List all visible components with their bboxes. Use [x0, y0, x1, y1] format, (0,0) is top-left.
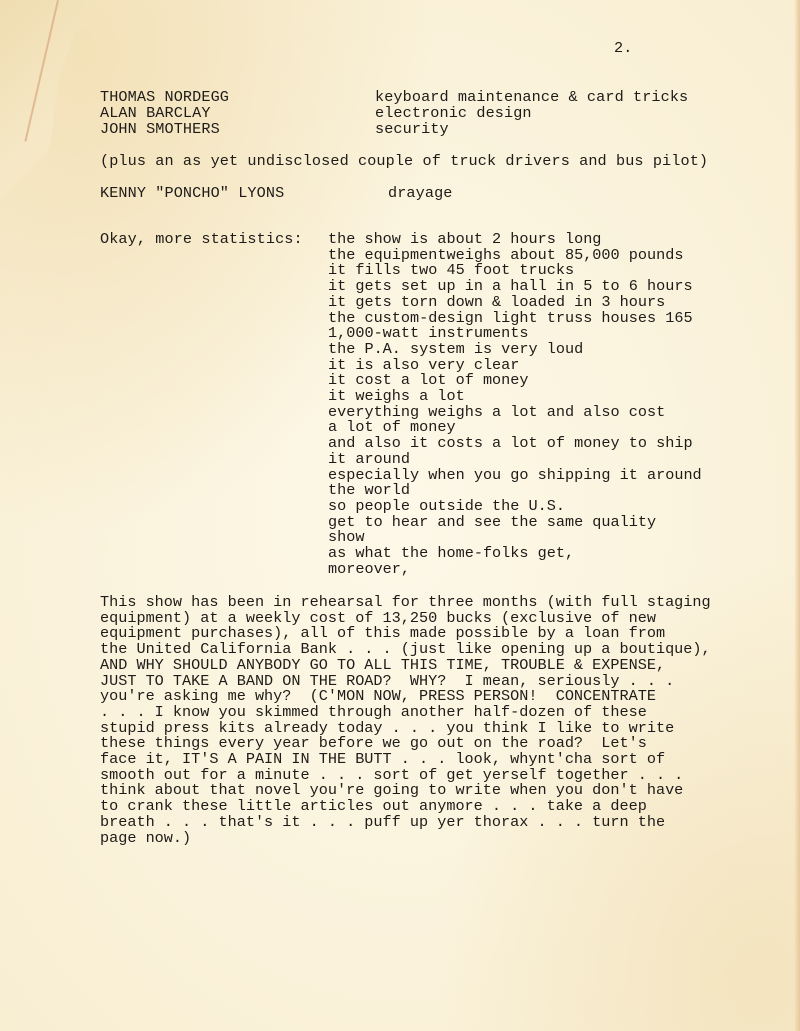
page-number: 2. [614, 41, 632, 57]
body-paragraph: This show has been in rehearsal for thre… [100, 595, 711, 846]
paper-edge-shadow [794, 0, 800, 1031]
statistics-label: Okay, more statistics: [100, 232, 303, 248]
statistics-line: moreover, [328, 562, 702, 578]
crew-name: JOHN SMOTHERS [100, 122, 220, 138]
paragraph-line: page now.) [100, 831, 711, 847]
statistics-line: get to hear and see the same quality [328, 515, 702, 531]
crew-note: (plus an as yet undisclosed couple of tr… [100, 154, 708, 170]
crew-role: security [375, 122, 449, 138]
drayage-role: drayage [388, 186, 453, 202]
folded-corner [0, 0, 90, 200]
drayage-name: KENNY "PONCHO" LYONS [100, 186, 284, 202]
paragraph-line: breath . . . that's it . . . puff up yer… [100, 815, 711, 831]
statistics-list: the show is about 2 hours longthe equipm… [328, 232, 702, 577]
